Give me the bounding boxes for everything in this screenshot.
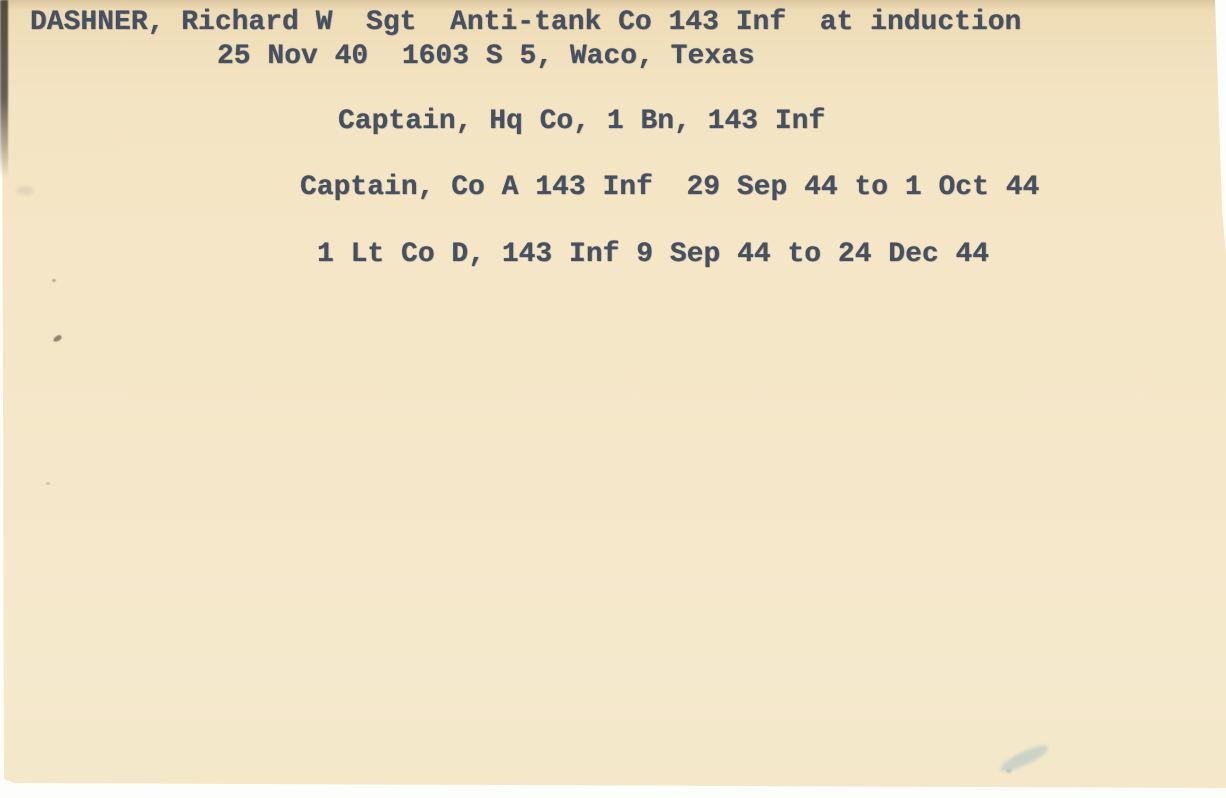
typed-line-captain-hq-co: Captain, Hq Co, 1 Bn, 143 Inf xyxy=(338,108,825,136)
card-edge-shadow xyxy=(0,0,8,178)
paper-speck xyxy=(52,279,56,282)
gray-smudge xyxy=(16,186,34,195)
ink-speck xyxy=(52,334,62,343)
typed-line-name-rank-unit: DASHNER, Richard W Sgt Anti-tank Co 143 … xyxy=(30,9,1021,37)
typed-line-1lt-co-d: 1 Lt Co D, 143 Inf 9 Sep 44 to 24 Dec 44 xyxy=(317,241,989,269)
index-card: DASHNER, Richard W Sgt Anti-tank Co 143 … xyxy=(0,0,1226,798)
paper-speck-faint xyxy=(46,482,50,485)
typed-line-induction-date-address: 25 Nov 40 1603 S 5, Waco, Texas xyxy=(217,43,755,71)
blue-ink-smudge-dot xyxy=(1006,769,1012,773)
typed-line-captain-co-a: Captain, Co A 143 Inf 29 Sep 44 to 1 Oct… xyxy=(300,174,1039,202)
